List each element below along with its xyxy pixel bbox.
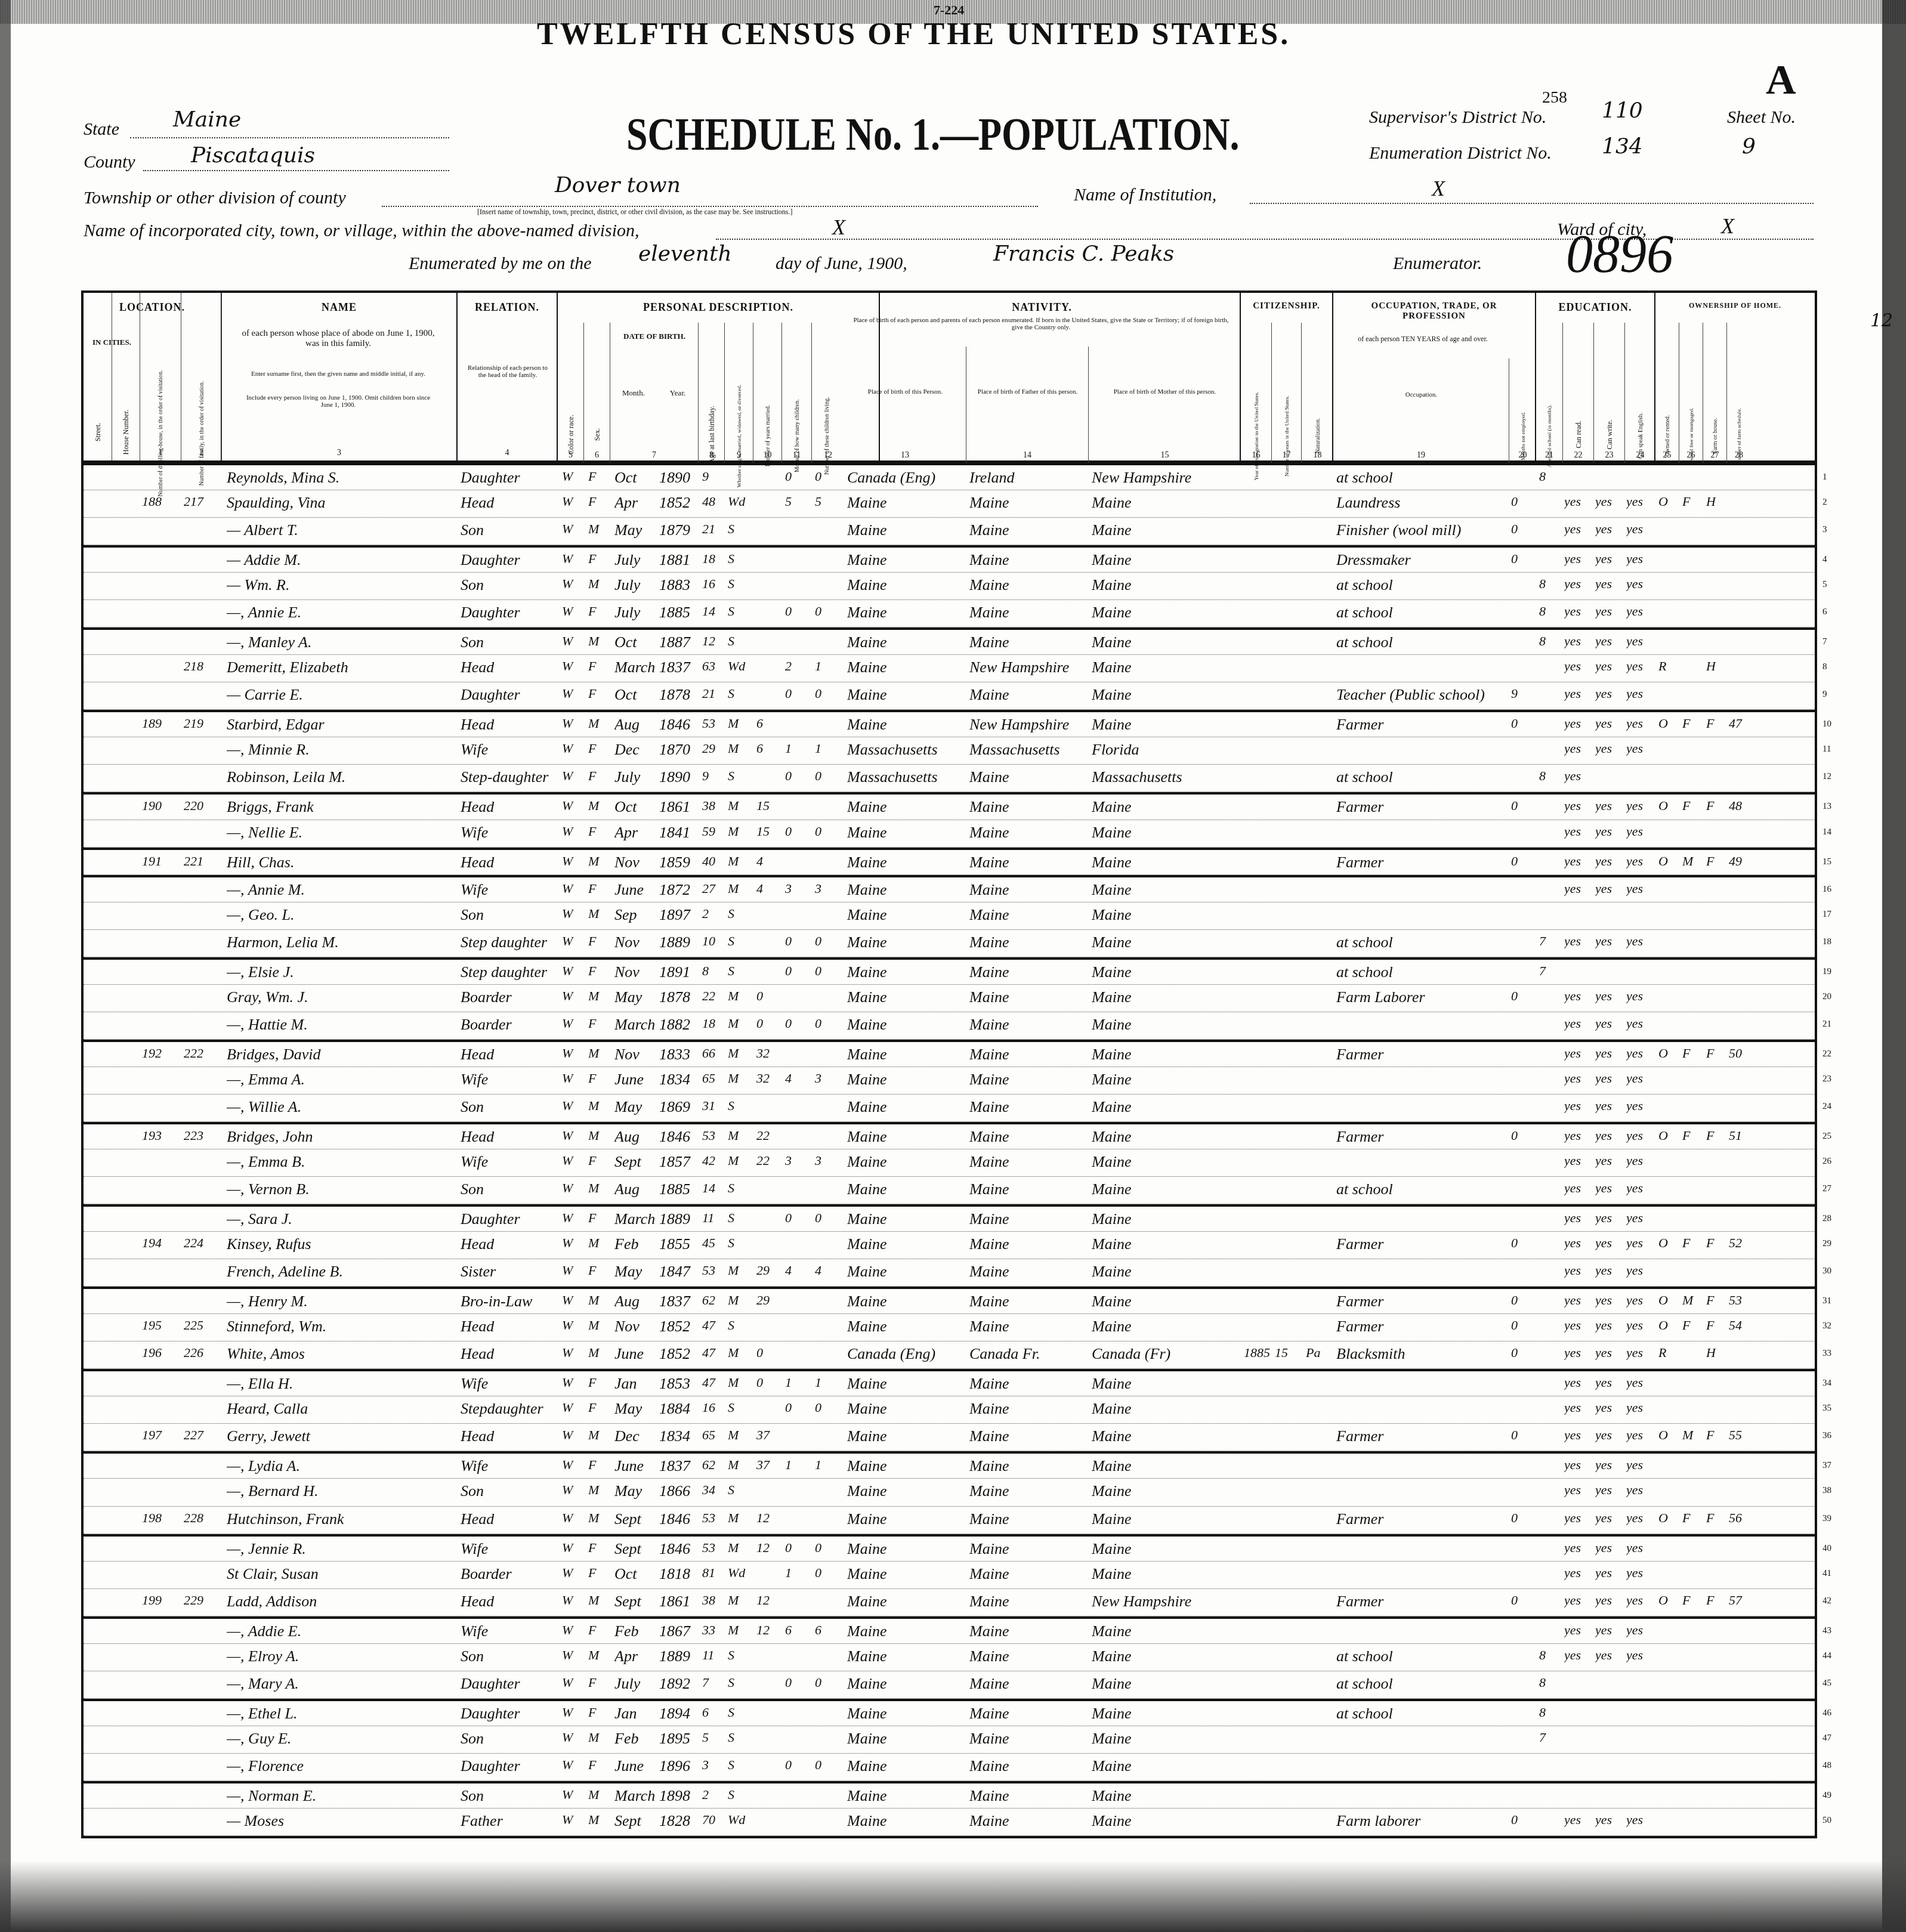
birth-place-cell: Maine [847, 1375, 966, 1393]
months-unemployed-cell: 0 [1511, 521, 1535, 537]
naturalization-cell: Pa [1306, 1345, 1334, 1361]
col-farm-schedule: Number of farm schedule.28 [1727, 323, 1751, 463]
table-row: —, Sara J.DaughterWFMarch188911S00MaineM… [84, 1204, 1815, 1232]
birth-year-cell: 1852 [659, 1345, 702, 1363]
person-name-cell: —, Vernon B. [227, 1180, 456, 1198]
birth-place-cell: Maine [847, 1293, 966, 1310]
sub-month: Month. [610, 388, 657, 398]
relation-cell: Boarder [461, 988, 559, 1006]
birth-year-cell: 1853 [659, 1375, 702, 1393]
color-cell: W [562, 881, 586, 897]
colnum: 22 [1563, 451, 1593, 460]
can-read-cell: yes [1564, 1153, 1593, 1169]
line-number: 8 [1822, 662, 1827, 672]
farm-schedule-cell: 56 [1729, 1510, 1753, 1526]
father-birth-place-cell: Maine [969, 1180, 1089, 1198]
birth-month-cell: Oct [614, 469, 659, 487]
occupation-cell: Farmer [1336, 1427, 1509, 1445]
color-cell: W [562, 576, 586, 592]
mother-birth-place-cell: Maine [1092, 1705, 1241, 1723]
can-speak-english-cell: yes [1626, 1016, 1655, 1031]
birth-month-cell: Nov [614, 1318, 659, 1336]
can-read-cell: yes [1564, 881, 1593, 897]
sex-cell: F [588, 1565, 612, 1581]
table-row: 197227Gerry, JewettHeadWMDec183465M37Mai… [84, 1424, 1815, 1451]
color-cell: W [562, 1153, 586, 1169]
birth-year-cell: 1894 [659, 1705, 702, 1723]
birth-year-cell: 1852 [659, 1318, 702, 1336]
can-write-cell: yes [1595, 854, 1624, 869]
line-number: 31 [1822, 1296, 1831, 1306]
father-birth-place-cell: Maine [969, 1647, 1089, 1665]
person-name-cell: —, Addie E. [227, 1622, 456, 1640]
months-unemployed-cell: 9 [1511, 686, 1535, 701]
marital-status-cell: M [728, 1510, 755, 1526]
owned-rented-cell: O [1658, 1293, 1680, 1308]
owned-rented-cell: O [1658, 1427, 1680, 1443]
table-row: —, Lydia A.WifeWFJune183762M3711MaineMai… [84, 1451, 1815, 1479]
can-write-cell: yes [1595, 1510, 1624, 1526]
color-cell: W [562, 933, 586, 949]
colnum: 15 [1089, 451, 1241, 460]
farm-house-cell: F [1706, 1593, 1728, 1608]
birth-year-cell: 1847 [659, 1263, 702, 1281]
marital-status-cell: M [728, 1540, 755, 1556]
school-months-cell: 8 [1539, 633, 1563, 649]
color-cell: W [562, 1730, 586, 1745]
relation-cell: Head [461, 1345, 559, 1363]
months-unemployed-cell: 0 [1511, 716, 1535, 731]
school-months-cell: 8 [1539, 604, 1563, 619]
birth-month-cell: Sep [614, 906, 659, 924]
relation-cell: Head [461, 1593, 559, 1610]
farm-house-cell: F [1706, 854, 1728, 869]
margin-note: 12 [1870, 310, 1893, 331]
farm-schedule-cell: 52 [1729, 1235, 1753, 1251]
birth-month-cell: May [614, 1098, 659, 1116]
occupation-cell: Farmer [1336, 1046, 1509, 1064]
line-number: 23 [1822, 1074, 1831, 1084]
table-row: —, Mary A.DaughterWFJuly18927S00MaineMai… [84, 1671, 1815, 1699]
person-name-cell: Bridges, David [227, 1046, 456, 1064]
line-number: 1 [1822, 472, 1827, 483]
township-line [382, 206, 1038, 207]
birth-month-cell: Aug [614, 1180, 659, 1198]
marital-status-cell: M [728, 1293, 755, 1308]
sex-cell: F [588, 1375, 612, 1390]
occupation-cell: Farmer [1336, 716, 1509, 734]
sex-cell: M [588, 1812, 612, 1828]
sex-cell: M [588, 1482, 612, 1498]
can-read-cell: yes [1564, 1016, 1593, 1031]
birth-month-cell: Feb [614, 1622, 659, 1640]
can-read-cell: yes [1564, 659, 1593, 674]
table-row: — Albert T.SonWMMay187921SMaineMaineMain… [84, 518, 1815, 545]
father-birth-place-cell: Maine [969, 1565, 1089, 1583]
can-speak-english-cell: yes [1626, 1263, 1655, 1278]
mother-birth-place-cell: Maine [1092, 1427, 1241, 1445]
free-mortgaged-cell: F [1682, 1046, 1704, 1061]
line-number: 38 [1822, 1486, 1831, 1496]
color-cell: W [562, 1540, 586, 1556]
table-row: —, Manley A.SonWMOct188712SMaineMaineMai… [84, 627, 1815, 655]
can-speak-english-cell: yes [1626, 1565, 1655, 1581]
person-name-cell: —, Minnie R. [227, 741, 456, 759]
birth-month-cell: Aug [614, 1293, 659, 1310]
table-row: —, Minnie R.WifeWFDec187029M611Massachus… [84, 737, 1815, 765]
can-write-cell: yes [1595, 521, 1624, 537]
children-living-cell: 1 [815, 1375, 844, 1390]
school-months-cell: 8 [1539, 768, 1563, 784]
line-number: 36 [1822, 1431, 1831, 1441]
enumerated-day: eleventh [638, 242, 732, 266]
birth-year-cell: 1869 [659, 1098, 702, 1116]
mother-birth-place-cell: Maine [1092, 1375, 1241, 1393]
mother-birth-place-cell: Maine [1092, 1812, 1241, 1830]
birth-year-cell: 1895 [659, 1730, 702, 1748]
farm-house-cell: F [1706, 1510, 1728, 1526]
col-sex: Sex.6 [584, 323, 610, 463]
line-number: 40 [1822, 1544, 1831, 1554]
relation-cell: Daughter [461, 604, 559, 622]
can-write-cell: yes [1595, 881, 1624, 897]
colnum: 4 [458, 449, 557, 458]
birth-place-cell: Maine [847, 1787, 966, 1805]
color-cell: W [562, 1046, 586, 1061]
color-cell: W [562, 659, 586, 674]
birth-month-cell: Feb [614, 1730, 659, 1748]
father-birth-place-cell: New Hampshire [969, 716, 1089, 734]
birth-place-cell: Maine [847, 1757, 966, 1775]
table-row: —, Norman E.SonWMMarch18982SMaineMaineMa… [84, 1781, 1815, 1809]
person-name-cell: Ladd, Addison [227, 1593, 456, 1610]
line-number: 35 [1822, 1404, 1831, 1414]
can-read-cell: yes [1564, 1263, 1593, 1278]
sex-cell: F [588, 1540, 612, 1556]
school-months-cell: 8 [1539, 1675, 1563, 1690]
person-name-cell: —, Jennie R. [227, 1540, 456, 1558]
colnum: 13 [844, 451, 966, 460]
can-read-cell: yes [1564, 1565, 1593, 1581]
age-cell: 47 [702, 1345, 727, 1361]
group-occupation: OCCUPATION, TRADE, OR PROFESSION of each… [1333, 293, 1536, 460]
mother-of-cell: 0 [785, 469, 814, 484]
birth-place-cell: Maine [847, 686, 966, 704]
relation-cell: Wife [461, 1071, 559, 1089]
father-birth-place-cell: Maine [969, 1730, 1089, 1748]
age-cell: 11 [702, 1210, 727, 1226]
colnum: 16 [1241, 451, 1271, 460]
sex-cell: F [588, 469, 612, 484]
family-number-cell: 229 [184, 1593, 220, 1608]
mother-birth-place-cell: Maine [1092, 1293, 1241, 1310]
years-married-cell: 6 [756, 716, 784, 731]
line-number: 33 [1822, 1349, 1831, 1359]
father-birth-place-cell: Maine [969, 1318, 1089, 1336]
person-name-cell: Robinson, Leila M. [227, 768, 456, 786]
birth-year-cell: 1878 [659, 686, 702, 704]
father-birth-place-cell: Maine [969, 1375, 1089, 1393]
incorporated-value: X [832, 215, 845, 240]
father-birth-place-cell: Maine [969, 963, 1089, 981]
can-speak-english-cell: yes [1626, 1180, 1655, 1196]
birth-year-cell: 1861 [659, 1593, 702, 1610]
person-name-cell: —, Emma B. [227, 1153, 456, 1171]
birth-place-cell: Maine [847, 1593, 966, 1610]
sex-cell: F [588, 1400, 612, 1415]
birth-place-cell: Maine [847, 521, 966, 539]
mother-of-cell: 4 [785, 1071, 814, 1086]
mother-birth-place-cell: Maine [1092, 551, 1241, 569]
birth-year-cell: 1898 [659, 1787, 702, 1805]
schedule-title: SCHEDULE No. 1.—POPULATION. [626, 107, 1240, 161]
farm-house-cell: F [1706, 1235, 1728, 1251]
mother-birth-place-cell: Maine [1092, 933, 1241, 951]
years-married-cell: 4 [756, 881, 784, 897]
table-row: —, Henry M.Bro-in-LawWMAug183762M29Maine… [84, 1287, 1815, 1314]
father-birth-place-cell: Maine [969, 1540, 1089, 1558]
sex-cell: F [588, 1457, 612, 1473]
can-write-cell: yes [1595, 824, 1624, 839]
mother-of-cell: 0 [785, 933, 814, 949]
colnum: 24 [1625, 451, 1655, 460]
table-row: —, Nellie E.WifeWFApr184159M1500MaineMai… [84, 820, 1815, 848]
color-cell: W [562, 824, 586, 839]
owned-rented-cell: O [1658, 1235, 1680, 1251]
family-number-cell: 220 [184, 798, 220, 814]
can-speak-english-cell: yes [1626, 1071, 1655, 1086]
line-number: 2 [1822, 497, 1827, 508]
birth-year-cell: 1855 [659, 1235, 702, 1253]
group-title: NATIVITY. [844, 301, 1240, 314]
line-number: 18 [1822, 937, 1831, 947]
dwelling-number-cell: 193 [142, 1128, 178, 1143]
can-write-cell: yes [1595, 551, 1624, 567]
relation-cell: Son [461, 1647, 559, 1665]
can-read-cell: yes [1564, 1128, 1593, 1143]
marital-status-cell: M [728, 1016, 755, 1031]
can-write-cell: yes [1595, 798, 1624, 814]
line-number: 19 [1822, 967, 1831, 977]
occupation-cell: at school [1336, 933, 1509, 951]
sex-cell: F [588, 768, 612, 784]
occupation-cell: Dressmaker [1336, 551, 1509, 569]
age-cell: 53 [702, 1263, 727, 1278]
years-married-cell: 6 [756, 741, 784, 756]
incorporated-label: Name of incorporated city, town, or vill… [84, 221, 640, 241]
table-row: —, Geo. L.SonWMSep18972SMaineMaineMaine1… [84, 902, 1815, 930]
owned-rented-cell: R [1658, 659, 1680, 674]
mother-of-cell: 0 [785, 1675, 814, 1690]
marital-status-cell: M [728, 988, 755, 1004]
relation-cell: Head [461, 1427, 559, 1445]
birth-month-cell: Dec [614, 1427, 659, 1445]
color-cell: W [562, 1647, 586, 1663]
months-unemployed-cell: 0 [1511, 1812, 1535, 1828]
can-write-cell: yes [1595, 1318, 1624, 1333]
can-write-cell: yes [1595, 1210, 1624, 1226]
line-number: 10 [1822, 719, 1831, 729]
birth-place-cell: Maine [847, 1482, 966, 1500]
marital-status-cell: S [728, 576, 755, 592]
age-cell: 62 [702, 1293, 727, 1308]
marital-status-cell: S [728, 521, 755, 537]
can-read-cell: yes [1564, 1540, 1593, 1556]
mother-of-cell: 4 [785, 1263, 814, 1278]
can-read-cell: yes [1564, 1812, 1593, 1828]
group-title: RELATION. [458, 301, 557, 314]
mother-birth-place-cell: Maine [1092, 1675, 1241, 1693]
person-name-cell: —, Guy E. [227, 1730, 456, 1748]
can-write-cell: yes [1595, 1647, 1624, 1663]
can-write-cell: yes [1595, 1046, 1624, 1061]
father-birth-place-cell: Maine [969, 881, 1089, 899]
enumerated-suffix: day of June, 1900, [776, 254, 907, 274]
color-cell: W [562, 1787, 586, 1803]
birth-place-cell: Maine [847, 1318, 966, 1336]
months-unemployed-cell: 0 [1511, 1293, 1535, 1308]
age-cell: 33 [702, 1622, 727, 1638]
years-married-cell: 15 [756, 798, 784, 814]
relation-cell: Wife [461, 824, 559, 842]
col-can-write: Can write.23 [1594, 323, 1625, 463]
age-cell: 45 [702, 1235, 727, 1251]
relation-cell: Head [461, 1510, 559, 1528]
mother-birth-place-cell: Maine [1092, 824, 1241, 842]
colnum: 7 [610, 451, 698, 460]
sex-cell: M [588, 1046, 612, 1061]
father-birth-place-cell: Maine [969, 1757, 1089, 1775]
line-number: 45 [1822, 1678, 1831, 1689]
birth-month-cell: Apr [614, 1647, 659, 1665]
col-age: Age at last birthday.8 [699, 323, 725, 463]
birth-month-cell: Jan [614, 1375, 659, 1393]
father-birth-place-cell: Maine [969, 604, 1089, 622]
occupation-cell: Teacher (Public school) [1336, 686, 1509, 704]
col-birth-father: Place of birth of Father of this person.… [966, 347, 1089, 463]
line-number: 49 [1822, 1791, 1831, 1801]
father-birth-place-cell: Maine [969, 854, 1089, 871]
children-living-cell: 3 [815, 1153, 844, 1169]
colnum: 5 [558, 451, 583, 460]
label: Farm or house. [1712, 418, 1718, 453]
person-name-cell: — Addie M. [227, 551, 456, 569]
birth-place-cell: Maine [847, 1457, 966, 1475]
occupation-cell: Farmer [1336, 1235, 1509, 1253]
children-living-cell: 1 [815, 1457, 844, 1473]
owned-rented-cell: O [1658, 1318, 1680, 1333]
family-number-cell: 227 [184, 1427, 220, 1443]
marital-status-cell: S [728, 1675, 755, 1690]
farm-house-cell: H [1706, 1345, 1728, 1361]
sub-year: Year. [657, 388, 699, 398]
birth-place-cell: Maine [847, 1427, 966, 1445]
farm-schedule-cell: 53 [1729, 1293, 1753, 1308]
years-married-cell: 12 [756, 1540, 784, 1556]
label: Place of birth of Mother of this person. [1089, 388, 1241, 395]
mother-of-cell: 3 [785, 881, 814, 897]
supervisor-value: 110 [1602, 98, 1643, 123]
birth-month-cell: Oct [614, 633, 659, 651]
birth-year-cell: 1867 [659, 1622, 702, 1640]
can-read-cell: yes [1564, 1593, 1593, 1608]
can-speak-english-cell: yes [1626, 1622, 1655, 1638]
can-write-cell: yes [1595, 659, 1624, 674]
occupation-cell: Farm Laborer [1336, 988, 1509, 1006]
marital-status-cell: S [728, 1210, 755, 1226]
birth-place-cell: Canada (Eng) [847, 1345, 966, 1363]
table-row: Heard, CallaStepdaughterWFMay188416S00Ma… [84, 1396, 1815, 1424]
color-cell: W [562, 1180, 586, 1196]
table-header: LOCATION. IN CITIES. Street. House Numbe… [84, 293, 1815, 463]
sex-cell: F [588, 1071, 612, 1086]
table-row: —, Annie M.WifeWFJune187227M433MaineMain… [84, 875, 1815, 902]
can-speak-english-cell: yes [1626, 933, 1655, 949]
can-speak-english-cell: yes [1626, 1647, 1655, 1663]
father-birth-place-cell: Maine [969, 1210, 1089, 1228]
can-read-cell: yes [1564, 988, 1593, 1004]
birth-month-cell: May [614, 1400, 659, 1418]
months-unemployed-cell: 0 [1511, 1510, 1535, 1526]
months-unemployed-cell: 0 [1511, 1427, 1535, 1443]
colnum: 25 [1655, 451, 1679, 460]
person-name-cell: —, Florence [227, 1757, 456, 1775]
table-row: Reynolds, Mina S.DaughterWFOct1890900Can… [84, 463, 1815, 490]
marital-status-cell: S [728, 1098, 755, 1114]
color-cell: W [562, 1675, 586, 1690]
color-cell: W [562, 1098, 586, 1114]
family-number-cell: 228 [184, 1510, 220, 1526]
can-read-cell: yes [1564, 1046, 1593, 1061]
colnum: 6 [584, 451, 610, 460]
color-cell: W [562, 716, 586, 731]
color-cell: W [562, 1482, 586, 1498]
sex-cell: F [588, 824, 612, 839]
mother-birth-place-cell: Maine [1092, 633, 1241, 651]
school-months-cell: 8 [1539, 1647, 1563, 1663]
birth-year-cell: 1861 [659, 798, 702, 816]
table-row: 218Demeritt, ElizabethHeadWFMarch183763W… [84, 655, 1815, 682]
months-unemployed-cell: 0 [1511, 798, 1535, 814]
can-read-cell: yes [1564, 741, 1593, 756]
birth-month-cell: Aug [614, 1128, 659, 1146]
father-birth-place-cell: Maine [969, 1016, 1089, 1034]
free-mortgaged-cell: F [1682, 798, 1704, 814]
line-number: 16 [1822, 885, 1831, 895]
color-cell: W [562, 906, 586, 922]
free-mortgaged-cell: F [1682, 1128, 1704, 1143]
occupation-cell: at school [1336, 963, 1509, 981]
table-row: —, Addie E.WifeWFFeb186733M1266MaineMain… [84, 1616, 1815, 1644]
father-birth-place-cell: Maine [969, 1071, 1089, 1089]
enumerated-prefix: Enumerated by me on the [409, 254, 592, 274]
group-title: NAME [222, 301, 456, 314]
line-number: 20 [1822, 992, 1831, 1002]
person-name-cell: St Clair, Susan [227, 1565, 456, 1583]
line-number: 17 [1822, 910, 1831, 920]
color-cell: W [562, 1235, 586, 1251]
farm-house-cell: F [1706, 716, 1728, 731]
col-attended-school: Attended school (in months).21 [1536, 323, 1563, 463]
months-unemployed-cell: 0 [1511, 1235, 1535, 1251]
line-number: 12 [1822, 772, 1831, 782]
mother-birth-place-cell: Maine [1092, 1210, 1241, 1228]
birth-place-cell: Maine [847, 1540, 966, 1558]
months-unemployed-cell: 0 [1511, 1593, 1535, 1608]
can-write-cell: yes [1595, 741, 1624, 756]
sub-relation-desc: Relationship of each person to the head … [464, 364, 552, 379]
table-row: —, Vernon B.SonWMAug188514SMaineMaineMai… [84, 1177, 1815, 1204]
